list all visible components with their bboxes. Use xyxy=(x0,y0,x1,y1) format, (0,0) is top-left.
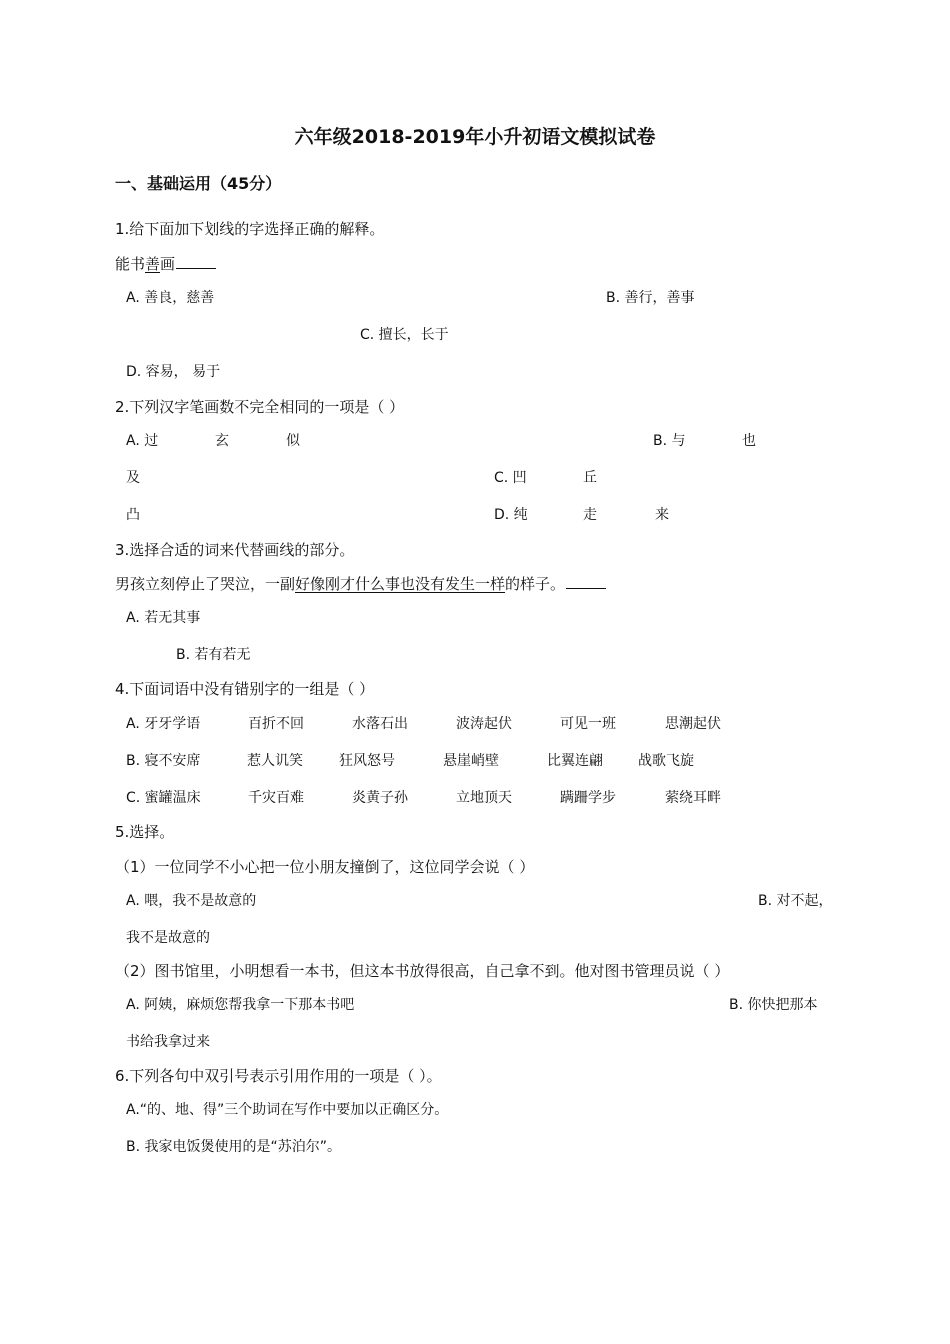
q4-b-word: 比翼连翩 xyxy=(547,751,603,771)
section-heading: 一、基础运用（45分） xyxy=(115,174,281,194)
q4-c-word: 萦绕耳畔 xyxy=(665,788,721,808)
q2-option-b-char2: 也 xyxy=(742,431,756,451)
q1-option-c[interactable]: C. 擅长，长于 xyxy=(360,325,449,345)
q5-1-option-b-cont: 我不是故意的 xyxy=(126,928,210,948)
phrase-post: 画 xyxy=(160,255,175,273)
question-3-sentence: 男孩立刻停止了哭泣，一副好像刚才什么事也没有发生一样的样子。 xyxy=(115,574,606,594)
q2-option-a-char3: 似 xyxy=(286,431,300,451)
page-title: 六年级2018-2019年小升初语文模拟试卷 xyxy=(0,127,950,147)
question-4-stem: 4.下面词语中没有错别字的一组是（ ） xyxy=(115,679,374,699)
question-1-phrase: 能书善画 xyxy=(115,254,216,274)
sentence-pre: 男孩立刻停止了哭泣，一副 xyxy=(115,575,295,593)
q2-option-b[interactable]: B. 与 xyxy=(653,431,686,451)
q4-a-word: 思潮起伏 xyxy=(665,714,721,734)
q6-option-b[interactable]: B. 我家电饭煲使用的是“苏泊尔”。 xyxy=(126,1137,341,1157)
q2-option-d-char2: 走 xyxy=(583,505,597,525)
q5-2-option-a[interactable]: A. 阿姨，麻烦您帮我拿一下那本书吧 xyxy=(126,995,354,1015)
q4-b-word: 悬崖峭壁 xyxy=(443,751,499,771)
question-5-sub1-stem: （1）一位同学不小心把一位小朋友撞倒了，这位同学会说（ ） xyxy=(115,857,534,877)
answer-blank[interactable] xyxy=(566,574,606,589)
q2-option-c[interactable]: C. 凹 xyxy=(494,468,527,488)
phrase-underlined: 善 xyxy=(145,255,160,273)
q4-c-word: 炎黄子孙 xyxy=(352,788,408,808)
q4-b-word: 狂风怒号 xyxy=(339,751,395,771)
sentence-post: 的样子。 xyxy=(505,575,565,593)
q3-option-a[interactable]: A. 若无其事 xyxy=(126,608,200,628)
question-5-stem: 5.选择。 xyxy=(115,822,174,842)
q5-2-option-b[interactable]: B. 你快把那本 xyxy=(729,995,818,1015)
q1-option-d[interactable]: D. 容易， 易于 xyxy=(126,362,220,382)
question-2-stem: 2.下列汉字笔画数不完全相同的一项是（ ） xyxy=(115,397,404,417)
q4-option-c[interactable]: C. 蜜罐温床 xyxy=(126,788,201,808)
phrase-pre: 能书 xyxy=(115,255,145,273)
question-6-stem: 6.下列各句中双引号表示引用作用的一项是（ ）。 xyxy=(115,1066,442,1086)
q2-option-a[interactable]: A. 过 xyxy=(126,431,158,451)
q2-option-b-char3: 及 xyxy=(126,468,140,488)
sentence-underlined: 好像刚才什么事也没有发生一样 xyxy=(295,575,505,593)
q5-1-option-a[interactable]: A. 喂，我不是故意的 xyxy=(126,891,256,911)
q2-option-a-char2: 玄 xyxy=(215,431,229,451)
q6-option-a[interactable]: A.“的、地、得”三个助词在写作中要加以正确区分。 xyxy=(126,1100,448,1120)
q3-option-b[interactable]: B. 若有若无 xyxy=(176,645,251,665)
question-5-sub2-stem: （2）图书馆里，小明想看一本书，但这本书放得很高，自己拿不到。他对图书管理员说（… xyxy=(115,961,729,981)
q2-option-d[interactable]: D. 纯 xyxy=(494,505,528,525)
q4-a-word: 水落石出 xyxy=(352,714,408,734)
answer-blank[interactable] xyxy=(176,254,216,269)
q2-option-c-char2: 丘 xyxy=(583,468,597,488)
q4-a-word: 波涛起伏 xyxy=(456,714,512,734)
q4-a-word: 可见一班 xyxy=(560,714,616,734)
q2-option-c-char3: 凸 xyxy=(126,505,140,525)
question-1-stem: 1.给下面加下划线的字选择正确的解释。 xyxy=(115,219,384,239)
q1-option-b[interactable]: B. 善行，善事 xyxy=(606,288,695,308)
q4-a-word: 百折不回 xyxy=(248,714,304,734)
q4-option-b[interactable]: B. 寝不安席 xyxy=(126,751,201,771)
q5-1-option-b[interactable]: B. 对不起， xyxy=(758,891,833,911)
q5-2-option-b-cont: 书给我拿过来 xyxy=(126,1032,210,1052)
q4-c-word: 千灾百难 xyxy=(248,788,304,808)
q4-c-word: 蹒跚学步 xyxy=(560,788,616,808)
q1-option-a[interactable]: A. 善良，慈善 xyxy=(126,288,214,308)
q4-c-word: 立地顶天 xyxy=(456,788,512,808)
q2-option-d-char3: 来 xyxy=(655,505,669,525)
q4-option-a[interactable]: A. 牙牙学语 xyxy=(126,714,200,734)
question-3-stem: 3.选择合适的词来代替画线的部分。 xyxy=(115,540,354,560)
q4-b-word: 战歌飞旋 xyxy=(638,751,694,771)
q4-b-word: 惹人讥笑 xyxy=(247,751,303,771)
